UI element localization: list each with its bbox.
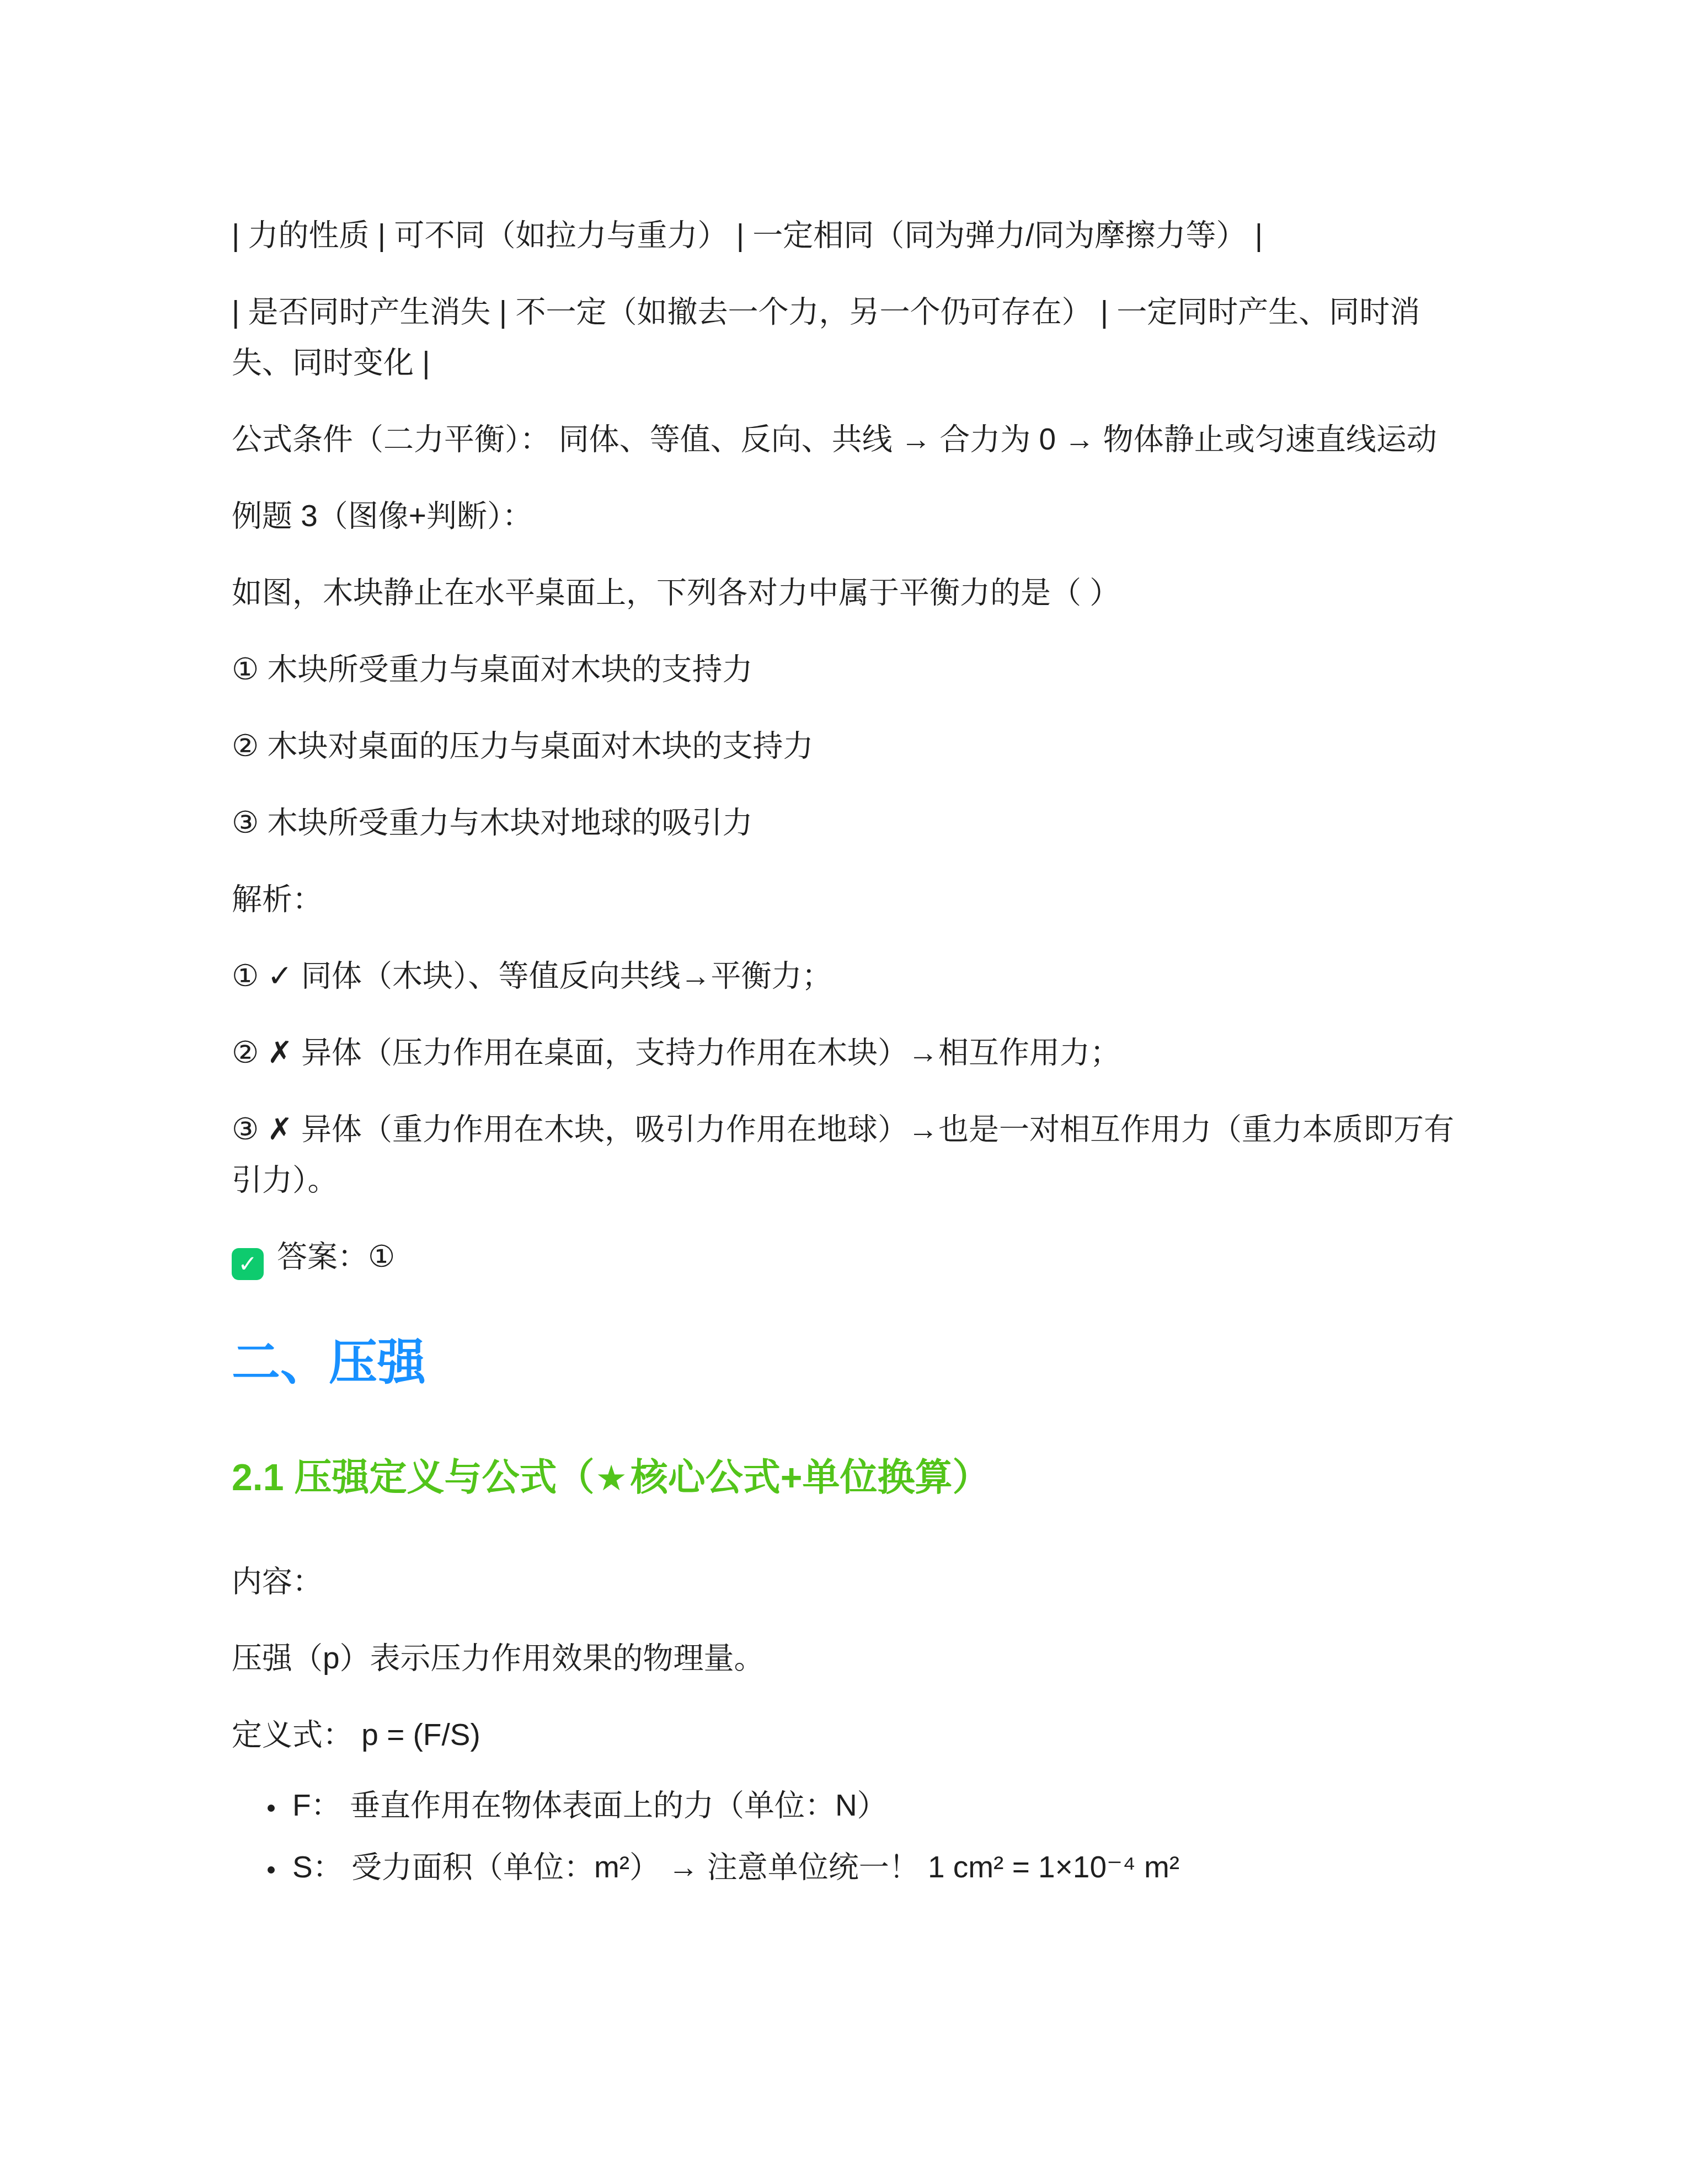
pressure-definition: 压强（p）表示压力作用效果的物理量。 [232, 1632, 1456, 1683]
answer-text: 答案：① [277, 1239, 395, 1273]
section-title-pressure: 二、压强 [232, 1332, 1456, 1392]
example-3-option-1: ① 木块所受重力与桌面对木块的支持力 [232, 644, 1456, 694]
pressure-variable-list: F： 垂直作用在物体表面上的力（单位：N） S： 受力面积（单位：m²） → 注… [232, 1780, 1456, 1892]
example-3-option-2: ② 木块对桌面的压力与桌面对木块的支持力 [232, 720, 1456, 771]
example-3-question: 如图，木块静止在水平桌面上，下列各对力中属于平衡力的是（ ） [232, 567, 1456, 618]
table-row-force-nature: | 力的性质 | 可不同（如拉力与重力） | 一定相同（同为弹力/同为摩擦力等）… [232, 210, 1456, 260]
analysis-label: 解析： [232, 874, 1456, 924]
pressure-formula-line: 定义式： p = (F/S) [232, 1709, 1456, 1760]
example-3-title: 例题 3（图像+判断）： [232, 490, 1456, 541]
example-3-option-3: ③ 木块所受重力与木块对地球的吸引力 [232, 797, 1456, 848]
list-item-area-s: S： 受力面积（单位：m²） → 注意单位统一！ 1 cm² = 1×10⁻⁴ … [286, 1842, 1456, 1892]
content-label: 内容： [232, 1556, 1456, 1607]
list-item-force-f: F： 垂直作用在物体表面上的力（单位：N） [286, 1780, 1456, 1830]
table-row-simultaneous: | 是否同时产生消失 | 不一定（如撤去一个力，另一个仍可存在） | 一定同时产… [232, 286, 1456, 388]
analysis-item-3: ③ ✗ 异体（重力作用在木块，吸引力作用在地球）→也是一对相互作用力（重力本质即… [232, 1104, 1456, 1205]
subsection-title-prefix: 2.1 压强定义与公式（ [232, 1457, 594, 1498]
formula-condition-paragraph: 公式条件（二力平衡）： 同体、等值、反向、共线 → 合力为 0 → 物体静止或匀… [232, 414, 1456, 464]
subsection-title-suffix: 核心公式+单位换算） [631, 1457, 990, 1498]
check-icon: ✓ [232, 1248, 264, 1280]
subsection-title-pressure-definition: 2.1 压强定义与公式（★核心公式+单位换算） [232, 1453, 1456, 1503]
star-icon: ★ [594, 1458, 630, 1498]
analysis-item-2: ② ✗ 异体（压力作用在桌面，支持力作用在木块）→相互作用力； [232, 1027, 1456, 1078]
document-page: | 力的性质 | 可不同（如拉力与重力） | 一定相同（同为弹力/同为摩擦力等）… [0, 0, 1688, 2184]
answer-row: ✓答案：① [232, 1231, 1456, 1282]
analysis-item-1: ① ✓ 同体（木块）、等值反向共线→平衡力； [232, 950, 1456, 1001]
